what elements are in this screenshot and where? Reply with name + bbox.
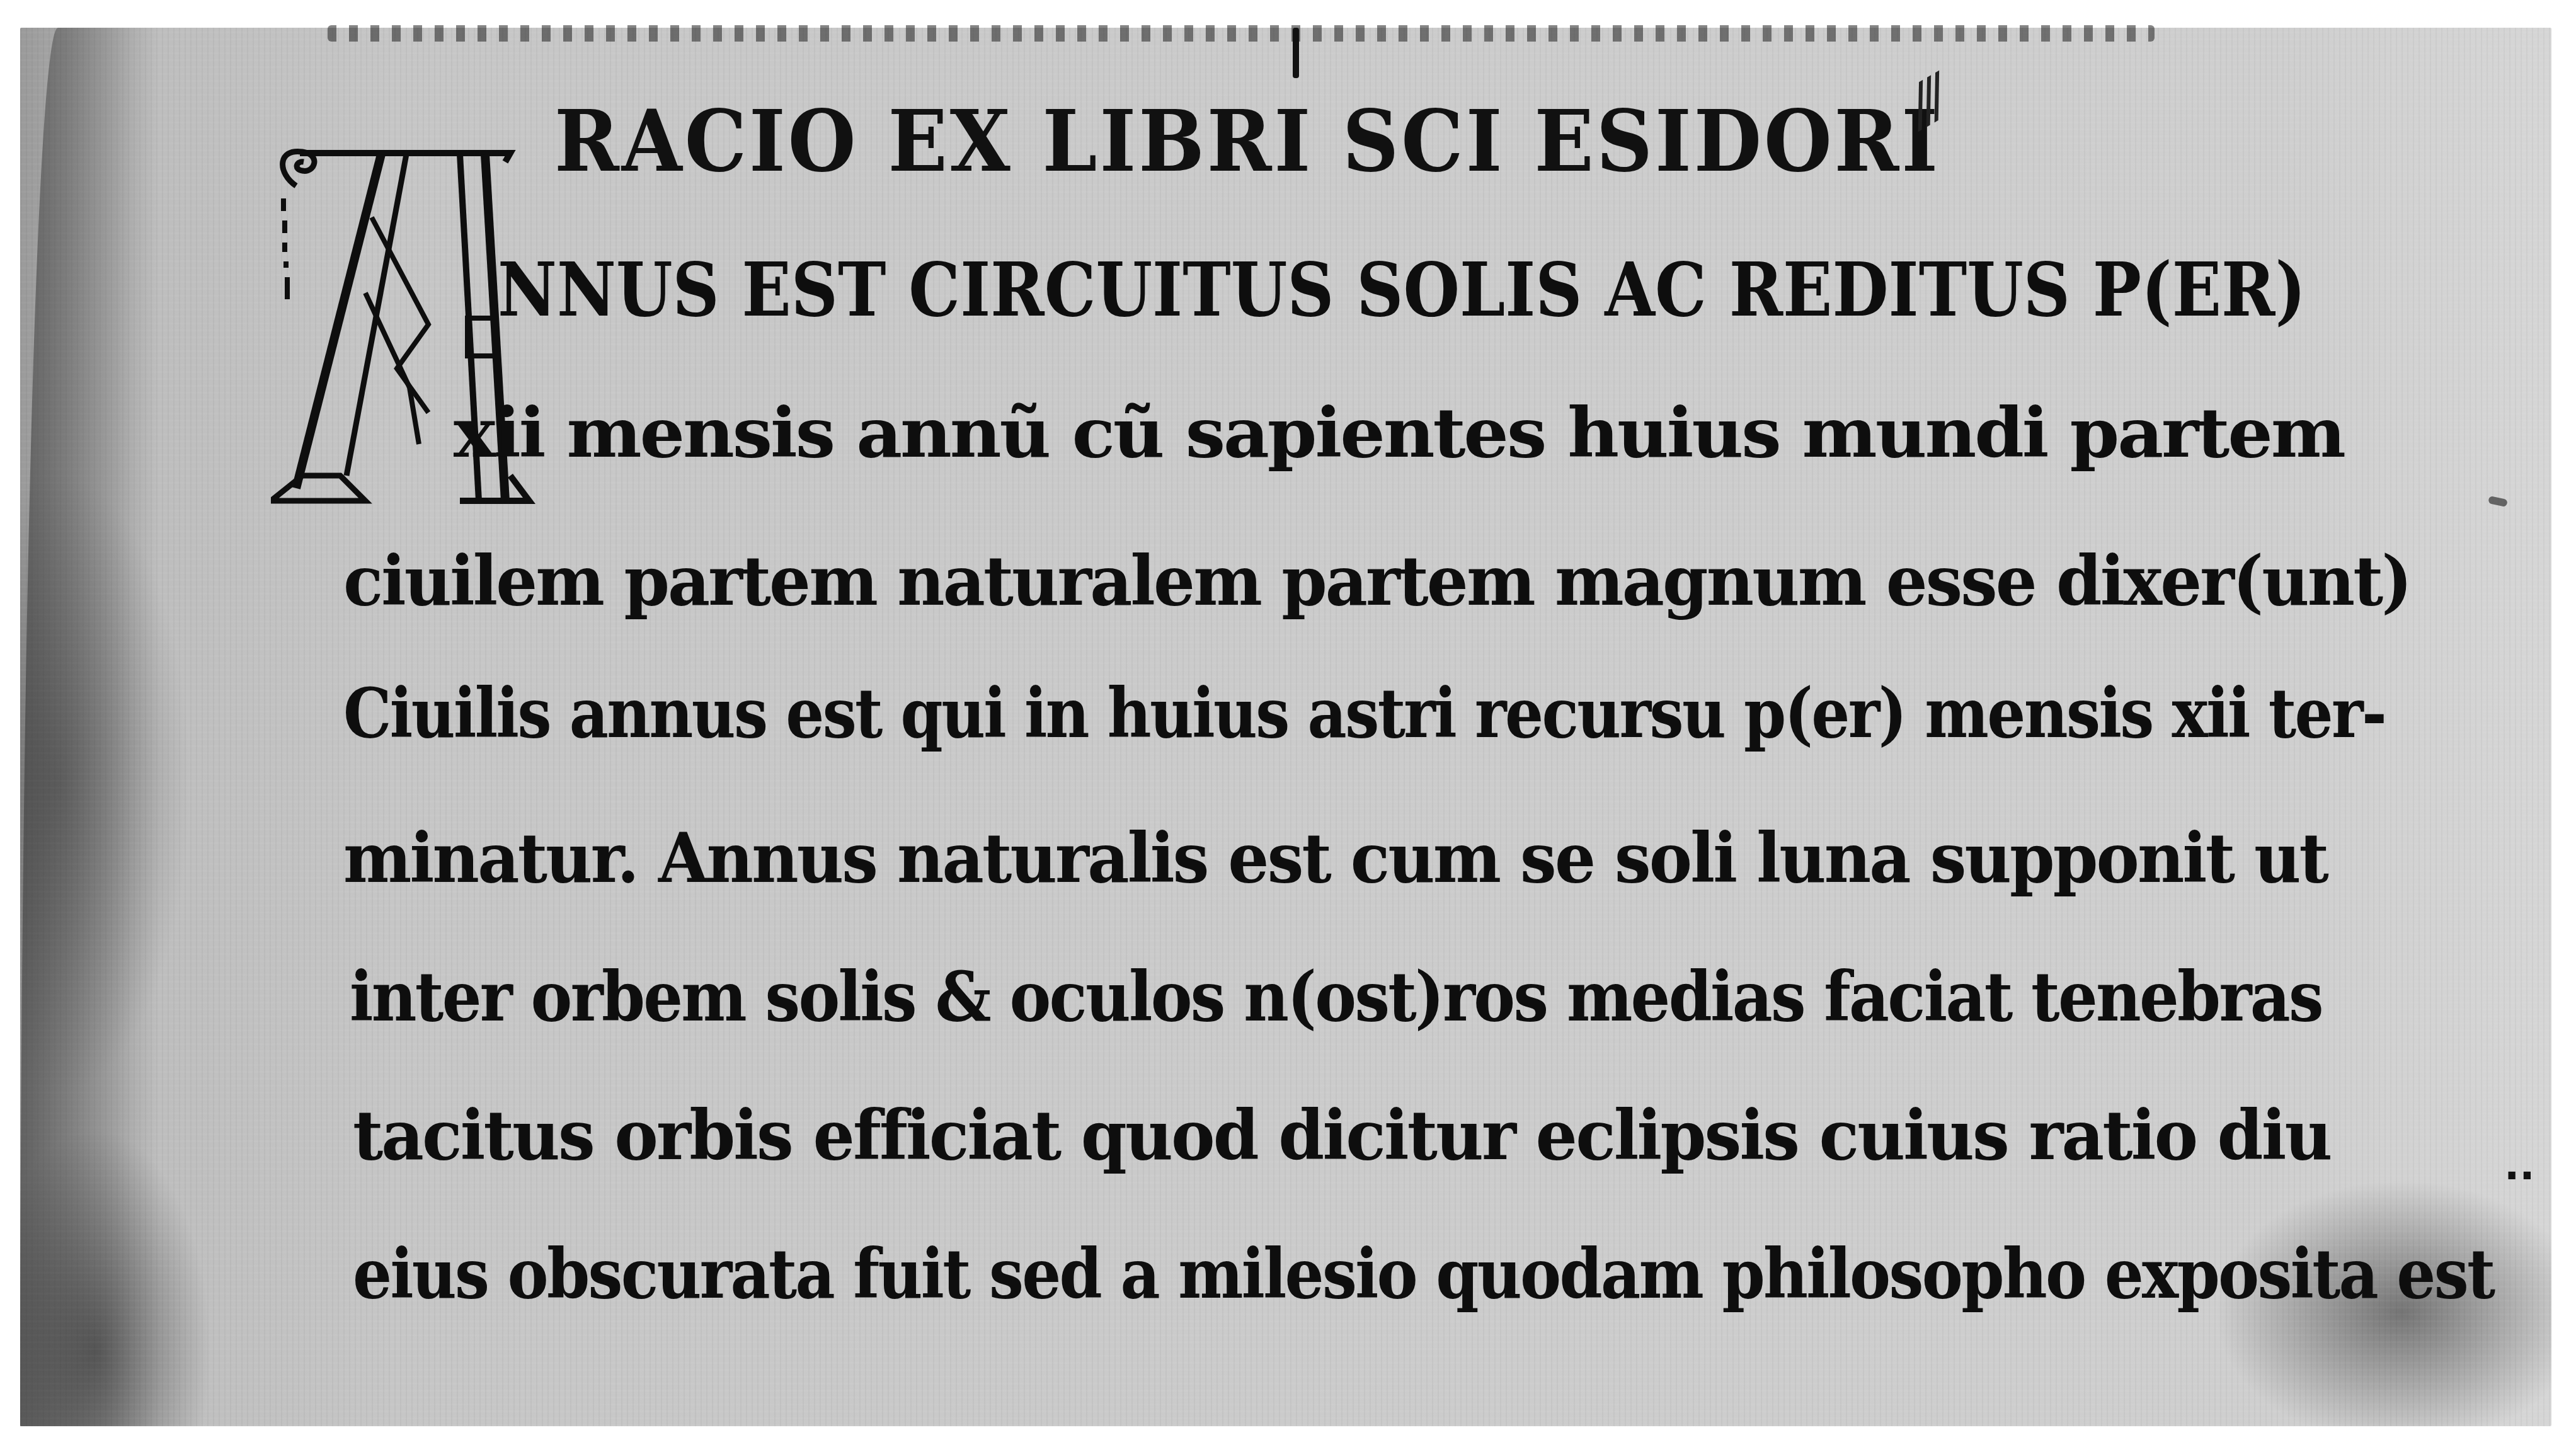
text-line-4: Ciuilis annus est qui in huius astri rec… xyxy=(343,674,2385,753)
text-line-3: ciuilem partem naturalem partem magnum e… xyxy=(343,542,2410,621)
margin-punctuation-mark: ·· xyxy=(2504,1153,2535,1199)
text-line-1: NNUS EST CIRCUITUS SOLIS AC REDITUS P(er… xyxy=(498,246,2306,333)
manuscript-title: RACIO EX LIBRI SCI ESIDORI xyxy=(554,92,1940,192)
text-line-7: tacitus orbis efficiat quod dicitur ecli… xyxy=(353,1096,2331,1175)
text-line-5: minatur. Annus naturalis est cum se soli… xyxy=(343,819,2327,898)
cutoff-descender xyxy=(1293,28,1299,78)
page-curved-edge-shadow xyxy=(20,28,159,1426)
text-line-6: inter orbem solis & oculos n(ost)ros med… xyxy=(350,958,2322,1037)
text-line-2: xii mensis annũ cũ sapientes huius mundi… xyxy=(454,394,2344,473)
cutoff-previous-line xyxy=(328,25,2155,42)
text-line-8: eius obscurata fuit sed a milesio quodam… xyxy=(353,1235,2493,1314)
